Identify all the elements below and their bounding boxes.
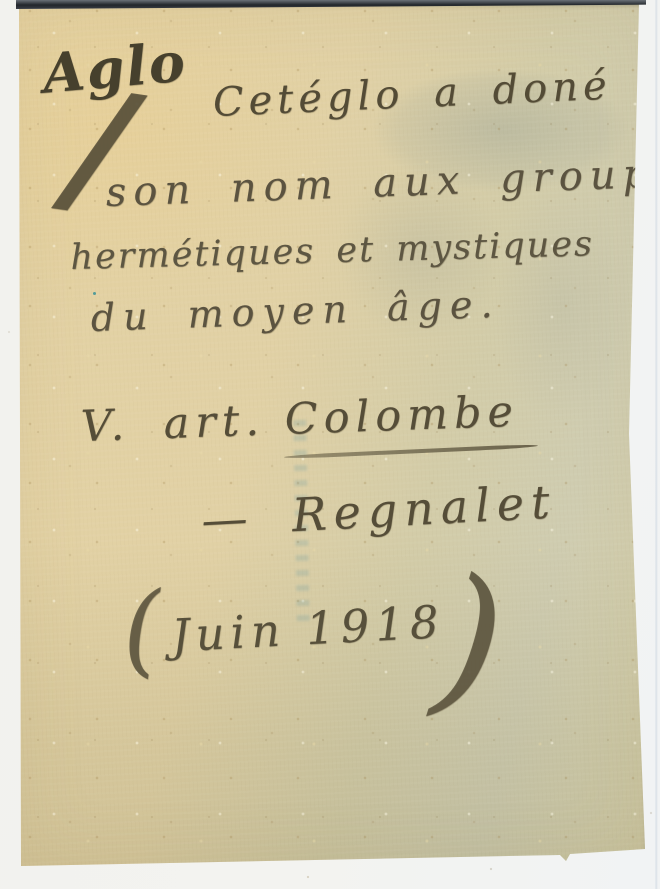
teal-dust-speck: [93, 292, 96, 295]
paper-slip: Aglo / Cetéglo a doné son nom aux groupe…: [17, 4, 647, 868]
handwriting-line-2: son nom aux groupes: [105, 149, 660, 216]
reference-word-underlined: Colombe: [284, 387, 520, 445]
handwriting-reference-line: V. art.Colombe: [80, 387, 520, 452]
date-text: Juin 1918: [170, 595, 446, 662]
date-close-paren: ): [430, 563, 511, 716]
date-open-paren: (: [120, 584, 164, 676]
handwriting-signature-line: — Regnalet: [200, 474, 558, 547]
reference-prefix: V. art.: [80, 396, 266, 452]
handwriting-line-1: Cetéglo a doné: [212, 63, 613, 126]
handwriting-line-3: hermétiques et mystiques: [70, 224, 594, 278]
handwriting-date-line: ( Juin 1918 ): [120, 567, 519, 738]
handwriting-line-4: du moyen âge.: [90, 282, 501, 340]
